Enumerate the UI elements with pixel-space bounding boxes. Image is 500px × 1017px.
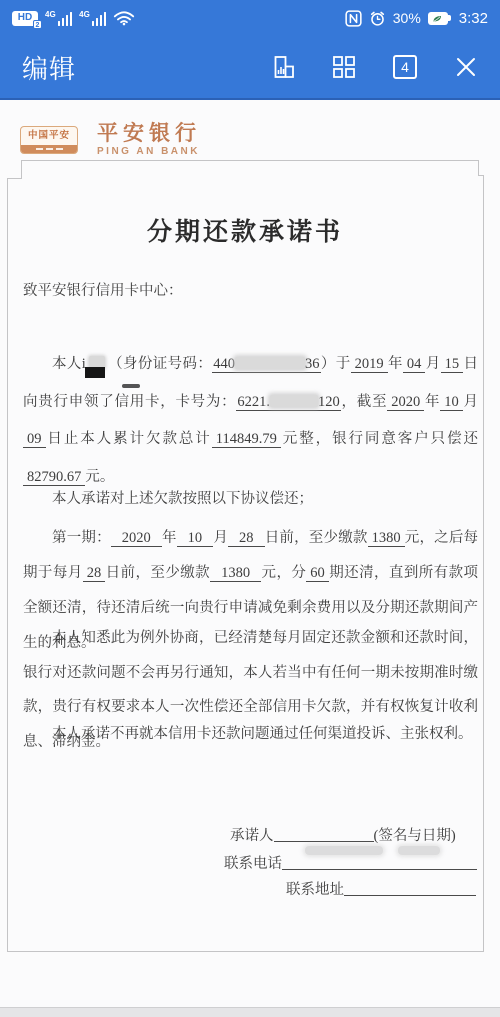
pingan-logo-text: 中国平安 (21, 127, 77, 145)
signal-bars-icon (92, 12, 107, 26)
alarm-icon (369, 10, 386, 27)
sim-index-badge: 2 (33, 20, 42, 29)
tab-count: 4 (401, 59, 409, 75)
signal-strength-icon-2: 4G (79, 11, 106, 26)
paragraph-5: 本人承诺不再就本信用卡还款问题通过任何渠道投诉、主张权利。 (23, 722, 478, 743)
grid-icon (331, 54, 357, 80)
network-type-label-2: 4G (79, 11, 90, 19)
edit-button[interactable]: 编辑 (22, 49, 76, 86)
signature-line-address: 联系地址 (286, 878, 476, 899)
pingan-logo-bar (21, 145, 77, 153)
signature-line-promisor: 承诺人(签名与日期) (230, 824, 456, 845)
battery-icon (428, 12, 452, 25)
paragraph-1: 本人i（身份证号码：44036）于2019年04月15日向贵行申领了信用卡，卡号… (23, 346, 478, 496)
salutation: 致平安银行信用卡中心： (23, 279, 478, 300)
scan-smudge (305, 846, 383, 855)
clock-time: 3:32 (459, 10, 488, 27)
tab-counter-button[interactable]: 4 (391, 53, 419, 81)
bank-name-cn: 平安银行 (97, 122, 201, 144)
close-icon (453, 54, 479, 80)
redaction-box (270, 395, 318, 407)
signal-strength-icon-1: 4G (45, 11, 72, 26)
volte-hd-icon: HD 2 (12, 11, 38, 26)
document-title: 分期还款承诺书 (0, 212, 490, 248)
status-bar-right: 30% 3:32 (345, 10, 488, 27)
paragraph-2: 本人承诺对上述欠款按照以下协议偿还； (23, 487, 478, 508)
toolbar-icons: 4 (269, 53, 480, 81)
document-page[interactable]: 中国平安 平安银行 PING AN BANK 分期还款承诺书 致平安银行信用卡中… (0, 102, 500, 1008)
grid-view-button[interactable] (330, 53, 358, 81)
tab-count-box: 4 (393, 55, 417, 79)
network-type-label-1: 4G (45, 11, 56, 19)
redaction-box (89, 356, 105, 369)
redaction-box (235, 357, 305, 369)
phone-screen: HD 2 4G 4G (0, 0, 500, 1017)
bottom-strip (0, 1007, 500, 1017)
status-bar: HD 2 4G 4G (0, 0, 500, 36)
signature-blank (344, 881, 476, 896)
chart-document-icon (270, 54, 297, 81)
app-toolbar: 编辑 4 (0, 36, 500, 100)
pingan-logo: 中国平安 (20, 126, 78, 154)
battery-percent: 30% (393, 10, 421, 26)
scan-smudge (398, 846, 440, 855)
scan-mark (122, 384, 140, 388)
status-bar-left: HD 2 4G 4G (12, 10, 135, 26)
bank-name-block: 平安银行 PING AN BANK (97, 122, 201, 157)
signature-blank (282, 855, 477, 870)
bank-name-en: PING AN BANK (97, 146, 201, 157)
wifi-icon (113, 10, 135, 26)
close-button[interactable] (452, 53, 480, 81)
signal-bars-icon (58, 12, 73, 26)
chart-view-button[interactable] (269, 53, 297, 81)
signature-blank (274, 827, 374, 842)
signature-line-phone: 联系电话 (224, 852, 477, 873)
nfc-icon (345, 10, 362, 27)
hd-label: HD (18, 13, 32, 23)
